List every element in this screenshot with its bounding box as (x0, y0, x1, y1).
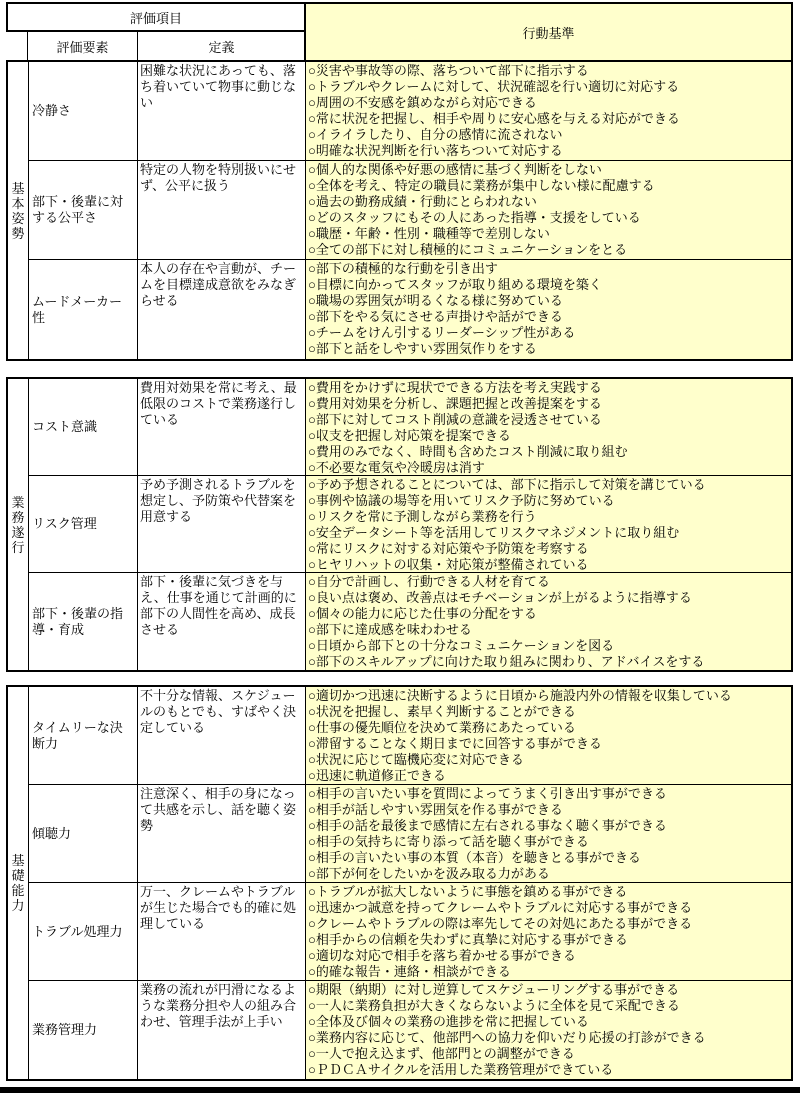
behavior-standard-line: ○どのスタッフにもその人にあった指導・支援をしている (308, 210, 791, 226)
behavior-standard-line: ○相手の気持ちに寄り添って話を聴く事ができる (308, 834, 791, 850)
behavior-standard-line: ○安全データシート等を活用してリスクマネジメントに取り組む (308, 525, 791, 541)
behavior-standard-line: ○相手の言いたい事を質問によってうまく引き出す事ができる (308, 786, 791, 802)
definition-cell: 注意深く、相手の身になって共感を示し、話を聴く姿勢 (138, 785, 306, 882)
behavior-standard-line: ○一人に業務負担が大きくならないように全体を見て采配できる (308, 998, 791, 1014)
evaluation-criteria-sheet: 評価項目 行動基準 評価要素 定義 基本姿勢冷静さ困難な状況にあっても、落ち着い… (0, 0, 800, 1093)
table-row: コスト意識費用対効果を常に考え、最低限のコストで業務遂行している○費用をかけずに… (29, 379, 791, 476)
behavior-standard-line: ○ヒヤリハットの収集・対応策が整備されている (308, 557, 791, 573)
definition-cell: 万一、クレームやトラブルが生じた場合でも的確に処理している (138, 883, 306, 980)
behavior-standard-line: ○トラブルが拡大しないように事態を鎮める事ができる (308, 884, 791, 900)
table-row: 傾聴力注意深く、相手の身になって共感を示し、話を聴く姿勢○相手の言いたい事を質問… (29, 785, 791, 883)
behavior-standard-line: ○費用をかけずに現状でできる方法を考え実践する (308, 380, 791, 396)
behavior-standard-line: ○期限（納期）に対し逆算してスケジューリングする事ができる (308, 982, 791, 998)
eval-element-cell: 冷静さ (29, 62, 138, 160)
category-label: 基本姿勢 (11, 181, 25, 241)
behavior-standards-cell: ○適切かつ迅速に決断するように日頃から施設内外の情報を収集している○状況を把握し… (306, 687, 791, 784)
behavior-standard-line: ○災害や事故等の際、落ちついて部下に指示する (308, 63, 791, 79)
behavior-standard-line: ○部下と話をしやすい雰囲気作りをする (308, 341, 791, 357)
behavior-standard-line: ○職歴・年齢・性別・職種等で差別しない (308, 226, 791, 242)
eval-element-cell: 業務管理力 (29, 981, 138, 1079)
eval-element-cell: リスク管理 (29, 476, 138, 572)
behavior-standard-line: ○業務内容に応じて、他部門への協力を仰いだり応援の打診ができる (308, 1030, 791, 1046)
behavior-standards-cell: ○予め予想されることについては、部下に指示して対策を講じている○事例や協議の場等… (306, 476, 791, 572)
header-behavior-standards: 行動基準 (304, 2, 793, 62)
behavior-standard-line: ○チームをけん引するリーダーシップ性がある (308, 325, 791, 341)
behavior-standard-line: ○費用のみでなく、時間も含めたコスト削減に取り組む (308, 444, 791, 460)
behavior-standard-line: ○ＰＤＣＡサイクルを活用した業務管理ができている (308, 1062, 791, 1078)
section-rows: 冷静さ困難な状況にあっても、落ち着いていて物事に動じない○災害や事故等の際、落ち… (29, 62, 791, 359)
behavior-standard-line: ○相手からの信頼を失わずに真摯に対応する事ができる (308, 932, 791, 948)
behavior-standard-line: ○仕事の優先順位を決めて業務にあたっている (308, 720, 791, 736)
behavior-standard-line: ○部下の積極的な行動を引き出す (308, 261, 791, 277)
behavior-standard-line: ○明確な状況判断を行い落ちついて対応する (308, 143, 791, 159)
behavior-standard-line: ○状況に応じて臨機応変に対応できる (308, 752, 791, 768)
header-eval-element: 評価要素 (27, 31, 138, 61)
behavior-standards-cell: ○部下の積極的な行動を引き出す○目標に向かってスタッフが取り組める環境を築く○職… (306, 260, 791, 359)
behavior-standard-line: ○状況を把握し、素早く判断することができる (308, 704, 791, 720)
eval-element-cell: 傾聴力 (29, 785, 138, 882)
behavior-standard-line: ○一人で抱え込まず、他部門との調整ができる (308, 1046, 791, 1062)
category-label: 業務遂行 (11, 495, 25, 555)
category-cell: 業務遂行 (8, 379, 29, 670)
behavior-standard-line: ○職場の雰囲気が明るくなる様に努めている (308, 293, 791, 309)
eval-element-cell: ムードメーカー性 (29, 260, 138, 359)
behavior-standard-line: ○部下のスキルアップに向けた取り組みに関わり、アドバイスをする (308, 654, 791, 670)
behavior-standard-line: ○日頃から部下との十分なコミュニケーションを図る (308, 638, 791, 654)
behavior-standard-line: ○全ての部下に対し積極的にコミュニケーションをとる (308, 242, 791, 258)
section-1: 基本姿勢冷静さ困難な状況にあっても、落ち着いていて物事に動じない○災害や事故等の… (6, 60, 793, 361)
bottom-rule (0, 1087, 800, 1093)
behavior-standards-cell: ○相手の言いたい事を質問によってうまく引き出す事ができる○相手が話しやすい雰囲気… (306, 785, 791, 882)
definition-cell: 困難な状況にあっても、落ち着いていて物事に動じない (138, 62, 306, 160)
behavior-standard-line: ○部下が何をしたいかを汲み取る力がある (308, 866, 791, 882)
behavior-standard-line: ○適切かつ迅速に決断するように日頃から施設内外の情報を収集している (308, 688, 791, 704)
behavior-standard-line: ○迅速に軌道修正できる (308, 768, 791, 784)
definition-cell: 費用対効果を常に考え、最低限のコストで業務遂行している (138, 379, 306, 475)
category-cell: 基本姿勢 (8, 62, 29, 359)
section-rows: コスト意識費用対効果を常に考え、最低限のコストで業務遂行している○費用をかけずに… (29, 379, 791, 670)
behavior-standard-line: ○部下に対してコスト削減の意識を浸透させている (308, 412, 791, 428)
behavior-standard-line: ○全体を考え、特定の職員に業務が集中しない様に配慮する (308, 178, 791, 194)
behavior-standard-line: ○過去の勤務成績・行動にとらわれない (308, 194, 791, 210)
behavior-standard-line: ○トラブルやクレームに対して、状況確認を行い適切に対応する (308, 79, 791, 95)
category-cell: 基礎能力 (8, 687, 29, 1079)
table-row: リスク管理予め予測されるトラブルを想定し、予防策や代替案を用意する○予め予想され… (29, 476, 791, 573)
table-row: タイムリーな決断力不十分な情報、スケジュールのもとでも、すばやく決定している○適… (29, 687, 791, 785)
eval-element-cell: タイムリーな決断力 (29, 687, 138, 784)
behavior-standard-line: ○的確な報告・連絡・相談ができる (308, 964, 791, 980)
section-rows: タイムリーな決断力不十分な情報、スケジュールのもとでも、すばやく決定している○適… (29, 687, 791, 1079)
behavior-standard-line: ○収支を把握し対応策を提案できる (308, 428, 791, 444)
table-row: ムードメーカー性本人の存在や言動が、チームを目標達成意欲をみなぎらせる○部下の積… (29, 260, 791, 359)
behavior-standard-line: ○事例や協議の場等を用いてリスク予防に努めている (308, 493, 791, 509)
behavior-standards-cell: ○トラブルが拡大しないように事態を鎮める事ができる○迅速かつ誠意を持ってクレーム… (306, 883, 791, 980)
definition-cell: 業務の流れが円滑になるような業務分担や人の組み合わせ、管理手法が上手い (138, 981, 306, 1079)
behavior-standard-line: ○自分で計画し、行動できる人材を育てる (308, 574, 791, 590)
eval-element-cell: 部下・後輩の指導・育成 (29, 573, 138, 670)
section-3: 基礎能力タイムリーな決断力不十分な情報、スケジュールのもとでも、すばやく決定して… (6, 685, 793, 1081)
definition-cell: 本人の存在や言動が、チームを目標達成意欲をみなぎらせる (138, 260, 306, 359)
behavior-standard-line: ○周囲の不安感を鎮めながら対応できる (308, 95, 791, 111)
table-row: トラブル処理力万一、クレームやトラブルが生じた場合でも的確に処理している○トラブ… (29, 883, 791, 981)
table-row: 部下・後輩に対する公平さ特定の人物を特別扱いにせず、公平に扱う○個人的な関係や好… (29, 161, 791, 260)
behavior-standard-line: ○予め予想されることについては、部下に指示して対策を講じている (308, 477, 791, 493)
behavior-standard-line: ○個人的な関係や好悪の感情に基づく判断をしない (308, 162, 791, 178)
behavior-standards-cell: ○自分で計画し、行動できる人材を育てる○良い点は褒め、改善点はモチベーションが上… (306, 573, 791, 670)
behavior-standard-line: ○目標に向かってスタッフが取り組める環境を築く (308, 277, 791, 293)
behavior-standard-line: ○リスクを常に予測しながら業務を行う (308, 509, 791, 525)
table-row: 部下・後輩の指導・育成部下・後輩に気づきを与え、仕事を通じて計画的に部下の人間性… (29, 573, 791, 670)
eval-element-cell: コスト意識 (29, 379, 138, 475)
behavior-standard-line: ○相手の言いたい事の本質（本音）を聴きとる事ができる (308, 850, 791, 866)
definition-cell: 特定の人物を特別扱いにせず、公平に扱う (138, 161, 306, 259)
behavior-standard-line: ○イライラしたり、自分の感情に流されない (308, 127, 791, 143)
behavior-standard-line: ○個々の能力に応じた仕事の分配をする (308, 606, 791, 622)
behavior-standard-line: ○部下に達成感を味わわせる (308, 622, 791, 638)
behavior-standards-cell: ○災害や事故等の際、落ちついて部下に指示する○トラブルやクレームに対して、状況確… (306, 62, 791, 160)
section-2: 業務遂行コスト意識費用対効果を常に考え、最低限のコストで業務遂行している○費用を… (6, 377, 793, 672)
header-definition: 定義 (137, 31, 306, 61)
behavior-standard-line: ○費用対効果を分析し、課題把握と改善提案をする (308, 396, 791, 412)
behavior-standards-cell: ○費用をかけずに現状でできる方法を考え実践する○費用対効果を分析し、課題把握と改… (306, 379, 791, 475)
eval-element-cell: トラブル処理力 (29, 883, 138, 980)
behavior-standard-line: ○相手の話を最後まで感情に左右される事なく聴く事ができる (308, 818, 791, 834)
eval-element-cell: 部下・後輩に対する公平さ (29, 161, 138, 259)
behavior-standard-line: ○常に状況を把握し、相手や周りに安心感を与える対応ができる (308, 111, 791, 127)
behavior-standard-line: ○滞留することなく期日までに回答する事ができる (308, 736, 791, 752)
behavior-standards-cell: ○個人的な関係や好悪の感情に基づく判断をしない○全体を考え、特定の職員に業務が集… (306, 161, 791, 259)
behavior-standard-line: ○クレームやトラブルの際は率先してその対処にあたる事ができる (308, 916, 791, 932)
header-eval-item: 評価項目 (6, 2, 306, 32)
behavior-standard-line: ○常にリスクに対する対応策や予防策を考察する (308, 541, 791, 557)
behavior-standard-line: ○良い点は褒め、改善点はモチベーションが上がるように指導する (308, 590, 791, 606)
definition-cell: 不十分な情報、スケジュールのもとでも、すばやく決定している (138, 687, 306, 784)
behavior-standard-line: ○適切な対応で相手を落ち着かせる事ができる (308, 948, 791, 964)
behavior-standard-line: ○迅速かつ誠意を持ってクレームやトラブルに対応する事ができる (308, 900, 791, 916)
behavior-standard-line: ○不必要な電気や冷暖房は消す (308, 460, 791, 476)
behavior-standard-line: ○全体及び個々の業務の進捗を常に把握している (308, 1014, 791, 1030)
category-label: 基礎能力 (11, 853, 25, 913)
definition-cell: 予め予測されるトラブルを想定し、予防策や代替案を用意する (138, 476, 306, 572)
behavior-standard-line: ○相手が話しやすい雰囲気を作る事ができる (308, 802, 791, 818)
table-row: 冷静さ困難な状況にあっても、落ち着いていて物事に動じない○災害や事故等の際、落ち… (29, 62, 791, 161)
table-row: 業務管理力業務の流れが円滑になるような業務分担や人の組み合わせ、管理手法が上手い… (29, 981, 791, 1079)
definition-cell: 部下・後輩に気づきを与え、仕事を通じて計画的に部下の人間性を高め、成長させる (138, 573, 306, 670)
behavior-standard-line: ○部下をやる気にさせる声掛けや話ができる (308, 309, 791, 325)
behavior-standards-cell: ○期限（納期）に対し逆算してスケジューリングする事ができる○一人に業務負担が大き… (306, 981, 791, 1079)
